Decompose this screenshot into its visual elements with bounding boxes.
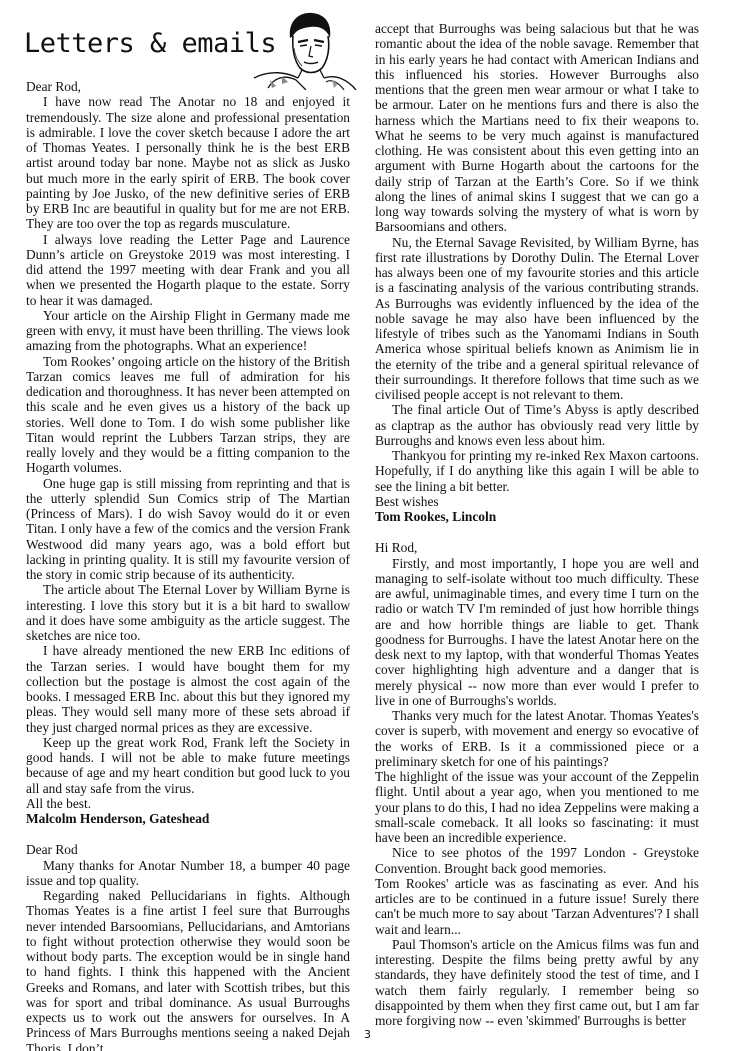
letter-paragraph: Nice to see photos of the 1997 London - … xyxy=(375,845,699,876)
letter-salutation: Hi Rod, xyxy=(375,540,699,555)
letter-paragraph: The article about The Eternal Lover by W… xyxy=(26,582,350,643)
letter-paragraph: accept that Burroughs was being salaciou… xyxy=(375,21,699,235)
letter-paragraph: Tom Rookes' article was as fascinating a… xyxy=(375,876,699,937)
magazine-page: Letters & emails Dear Rod, I have now re… xyxy=(0,0,729,1051)
letter-henderson: Dear Rod, I have now read The Anotar no … xyxy=(26,79,350,826)
letter-rookes-part-1: Dear Rod Many thanks for Anotar Number 1… xyxy=(26,842,350,1051)
letter-paragraph: Regarding naked Pellucidarians in fights… xyxy=(26,888,350,1051)
letter-paragraph: Thanks very much for the latest Anotar. … xyxy=(375,708,699,769)
left-column: Dear Rod, I have now read The Anotar no … xyxy=(26,79,350,1051)
page-title: Letters & emails xyxy=(24,28,276,59)
letter-paragraph: Tom Rookes’ ongoing article on the histo… xyxy=(26,354,350,476)
letter-paragraph: Keep up the great work Rod, Frank left t… xyxy=(26,735,350,796)
letter-paragraph: I have now read The Anotar no 18 and enj… xyxy=(26,94,350,231)
letter-paragraph: I always love reading the Letter Page an… xyxy=(26,232,350,308)
letter-paragraph: Nu, the Eternal Savage Revisited, by Wil… xyxy=(375,235,699,403)
letter-salutation: Dear Rod, xyxy=(26,79,350,94)
letter-paragraph: The final article Out of Time’s Abyss is… xyxy=(375,402,699,448)
letter-closing: All the best. xyxy=(26,796,350,811)
letter-signature: Malcolm Henderson, Gateshead xyxy=(26,811,350,826)
letter-salutation: Dear Rod xyxy=(26,842,350,857)
letter-closing: Best wishes xyxy=(375,494,699,509)
right-column: accept that Burroughs was being salaciou… xyxy=(375,21,699,1028)
letter-paragraph: Thankyou for printing my re-inked Rex Ma… xyxy=(375,448,699,494)
letter-paragraph: One huge gap is still missing from repri… xyxy=(26,476,350,583)
page-number: 3 xyxy=(364,1028,371,1041)
letter-signature: Tom Rookes, Lincoln xyxy=(375,509,699,524)
letter-paragraph: Firstly, and most importantly, I hope yo… xyxy=(375,556,699,709)
letter-paragraph: The highlight of the issue was your acco… xyxy=(375,769,699,845)
tarzan-portrait-icon xyxy=(248,8,358,90)
letter-paragraph: Paul Thomson's article on the Amicus fil… xyxy=(375,937,699,1029)
letter-paragraph: Your article on the Airship Flight in Ge… xyxy=(26,308,350,354)
letter-third: Hi Rod, Firstly, and most importantly, I… xyxy=(375,540,699,1028)
letter-paragraph: I have already mentioned the new ERB Inc… xyxy=(26,643,350,735)
letter-paragraph: Many thanks for Anotar Number 18, a bump… xyxy=(26,858,350,889)
letter-rookes-part-2: accept that Burroughs was being salaciou… xyxy=(375,21,699,524)
